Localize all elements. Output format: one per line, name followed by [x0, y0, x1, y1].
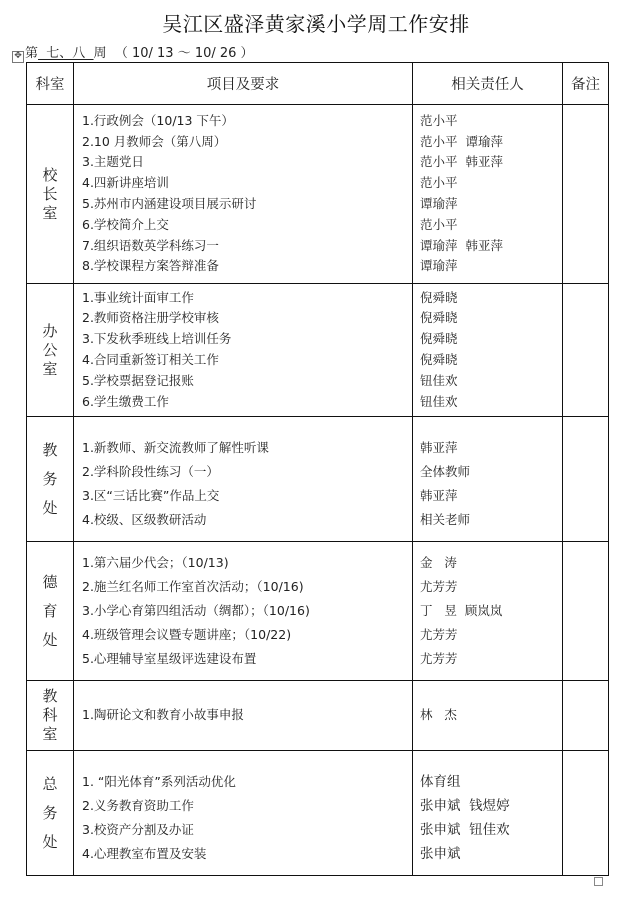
dept-char: 室 — [27, 360, 73, 379]
person: 谭瑜萍 — [420, 256, 562, 277]
item: 3.区“三话比赛”作品上交 — [82, 484, 412, 508]
item: 1.第六届少代会；（10/13) — [82, 551, 412, 575]
table-row: 总 务 处 1. “阳光体育”系列活动优化 2.义务教育资助工作 3.校资产分割… — [27, 751, 609, 876]
person: 金 涛 — [420, 551, 562, 575]
person: 丁 昱 顾岚岚 — [420, 599, 562, 623]
dept-char: 处 — [27, 833, 73, 852]
item: 4.合同重新签订相关工作 — [82, 350, 412, 371]
item: 6.学生缴费工作 — [82, 392, 412, 413]
week-numbers: 七、八 — [38, 46, 94, 61]
items-cell: 1.新教师、新交流教师了解性听课 2.学科阶段性练习（一） 3.区“三话比赛”作… — [74, 417, 413, 542]
table-row: 教 科 室 1.陶研论文和教育小故事申报 林 杰 — [27, 681, 609, 751]
person: 张申斌 钮佳欢 — [420, 818, 562, 842]
dept-char: 处 — [27, 499, 73, 518]
item: 3.小学心育第四组活动（绸都）；（10/16) — [82, 599, 412, 623]
schedule-table: 科室 项目及要求 相关责任人 备注 校 长 室 1.行政例会（10/13 下午）… — [26, 62, 609, 876]
week-prefix: 第 — [25, 46, 38, 61]
person: 范小平 — [420, 111, 562, 132]
note-cell[interactable] — [563, 751, 609, 876]
header-notes: 备注 — [563, 63, 609, 105]
dept-char: 室 — [27, 725, 73, 744]
items-cell: 1.事业统计面审工作 2.教师资格注册学校审核 3.下发秋季班线上培训任务 4.… — [74, 284, 413, 417]
dept-char: 办 — [27, 322, 73, 341]
item: 6.学校简介上交 — [82, 215, 412, 236]
item: 4.心理教室布置及安装 — [82, 842, 412, 866]
persons-cell: 林 杰 — [413, 681, 563, 751]
table-row: 办 公 室 1.事业统计面审工作 2.教师资格注册学校审核 3.下发秋季班线上培… — [27, 284, 609, 417]
item: 2.10 月教师会（第八周） — [82, 132, 412, 153]
dept-char: 务 — [27, 470, 73, 489]
item: 2.施兰红名师工作室首次活动；（10/16) — [82, 575, 412, 599]
dept-char: 处 — [27, 631, 73, 650]
items-cell: 1.第六届少代会；（10/13) 2.施兰红名师工作室首次活动；（10/16) … — [74, 542, 413, 681]
person: 全体教师 — [420, 460, 562, 484]
person: 韩亚萍 — [420, 436, 562, 460]
note-cell[interactable] — [563, 417, 609, 542]
dept-char: 总 — [27, 775, 73, 794]
item: 1.事业统计面审工作 — [82, 288, 412, 309]
item: 1. “阳光体育”系列活动优化 — [82, 770, 412, 794]
person: 范小平 韩亚萍 — [420, 152, 562, 173]
header-dept: 科室 — [27, 63, 74, 105]
week-line: ✥第 七、八 周 （ 10/ 13 〜 10/ 26 ） — [12, 42, 254, 63]
week-suffix: 周 — [94, 46, 107, 61]
date-range: （ 10/ 13 〜 10/ 26 ） — [107, 46, 254, 61]
person: 钮佳欢 — [420, 392, 562, 413]
dept-char: 教 — [27, 687, 73, 706]
persons-cell: 倪舜晓 倪舜晓 倪舜晓 倪舜晓 钮佳欢 钮佳欢 — [413, 284, 563, 417]
table-move-handle-icon[interactable]: ✥ — [12, 51, 24, 63]
table-resize-handle[interactable] — [594, 877, 603, 886]
item: 7.组织语数英学科练习一 — [82, 236, 412, 257]
persons-cell: 范小平 范小平 谭瑜萍 范小平 韩亚萍 范小平 谭瑜萍 范小平 谭瑜萍 韩亚萍 … — [413, 105, 563, 284]
item: 1.行政例会（10/13 下午） — [82, 111, 412, 132]
header-persons: 相关责任人 — [413, 63, 563, 105]
person: 林 杰 — [420, 705, 562, 726]
person: 尤芳芳 — [420, 647, 562, 671]
note-cell[interactable] — [563, 284, 609, 417]
persons-cell: 韩亚萍 全体教师 韩亚萍 相关老师 — [413, 417, 563, 542]
person: 尤芳芳 — [420, 623, 562, 647]
item: 5.苏州市内涵建设项目展示研讨 — [82, 194, 412, 215]
item: 2.教师资格注册学校审核 — [82, 308, 412, 329]
dept-char: 校 — [27, 166, 73, 185]
header-row: 科室 项目及要求 相关责任人 备注 — [27, 63, 609, 105]
item: 4.班级管理会议暨专题讲座；（10/22) — [82, 623, 412, 647]
person: 倪舜晓 — [420, 329, 562, 350]
dept-char: 务 — [27, 804, 73, 823]
note-cell[interactable] — [563, 542, 609, 681]
person: 倪舜晓 — [420, 288, 562, 309]
item: 1.新教师、新交流教师了解性听课 — [82, 436, 412, 460]
item: 3.下发秋季班线上培训任务 — [82, 329, 412, 350]
table-row: 德 育 处 1.第六届少代会；（10/13) 2.施兰红名师工作室首次活动；（1… — [27, 542, 609, 681]
table-row: 校 长 室 1.行政例会（10/13 下午） 2.10 月教师会（第八周） 3.… — [27, 105, 609, 284]
dept-char: 长 — [27, 185, 73, 204]
item: 2.学科阶段性练习（一） — [82, 460, 412, 484]
person: 张申斌 钱煜婷 — [420, 794, 562, 818]
note-cell[interactable] — [563, 681, 609, 751]
person: 钮佳欢 — [420, 371, 562, 392]
dept-char: 教 — [27, 441, 73, 460]
item: 2.义务教育资助工作 — [82, 794, 412, 818]
dept-char: 室 — [27, 204, 73, 223]
dept-char: 公 — [27, 341, 73, 360]
dept-char: 科 — [27, 706, 73, 725]
document-title: 吴江区盛泽黄家溪小学周工作安排 — [0, 8, 632, 37]
dept-char: 育 — [27, 602, 73, 621]
item: 5.心理辅导室星级评选建设布置 — [82, 647, 412, 671]
item: 4.四新讲座培训 — [82, 173, 412, 194]
persons-cell: 金 涛 尤芳芳 丁 昱 顾岚岚 尤芳芳 尤芳芳 — [413, 542, 563, 681]
header-items: 项目及要求 — [74, 63, 413, 105]
item: 4.校级、区级教研活动 — [82, 508, 412, 532]
person: 体育组 — [420, 770, 562, 794]
item: 3.主题党日 — [82, 152, 412, 173]
items-cell: 1.行政例会（10/13 下午） 2.10 月教师会（第八周） 3.主题党日 4… — [74, 105, 413, 284]
person: 范小平 — [420, 215, 562, 236]
person: 范小平 — [420, 173, 562, 194]
table-row: 教 务 处 1.新教师、新交流教师了解性听课 2.学科阶段性练习（一） 3.区“… — [27, 417, 609, 542]
dept-cell: 德 育 处 — [27, 542, 74, 681]
items-cell: 1. “阳光体育”系列活动优化 2.义务教育资助工作 3.校资产分割及办证 4.… — [74, 751, 413, 876]
person: 倪舜晓 — [420, 308, 562, 329]
dept-cell: 校 长 室 — [27, 105, 74, 284]
person: 倪舜晓 — [420, 350, 562, 371]
item: 1.陶研论文和教育小故事申报 — [82, 705, 412, 726]
persons-cell: 体育组 张申斌 钱煜婷 张申斌 钮佳欢 张申斌 — [413, 751, 563, 876]
person: 谭瑜萍 — [420, 194, 562, 215]
dept-cell: 总 务 处 — [27, 751, 74, 876]
person: 谭瑜萍 韩亚萍 — [420, 236, 562, 257]
item: 8.学校课程方案答辩准备 — [82, 256, 412, 277]
person: 张申斌 — [420, 842, 562, 866]
dept-cell: 教 务 处 — [27, 417, 74, 542]
note-cell[interactable] — [563, 105, 609, 284]
item: 5.学校票据登记报账 — [82, 371, 412, 392]
person: 尤芳芳 — [420, 575, 562, 599]
dept-cell: 教 科 室 — [27, 681, 74, 751]
person: 相关老师 — [420, 508, 562, 532]
item: 3.校资产分割及办证 — [82, 818, 412, 842]
person: 范小平 谭瑜萍 — [420, 132, 562, 153]
dept-char: 德 — [27, 573, 73, 592]
person: 韩亚萍 — [420, 484, 562, 508]
dept-cell: 办 公 室 — [27, 284, 74, 417]
items-cell: 1.陶研论文和教育小故事申报 — [74, 681, 413, 751]
